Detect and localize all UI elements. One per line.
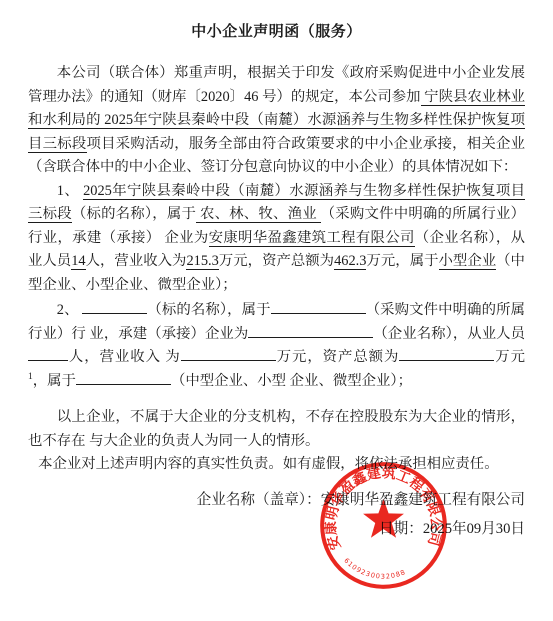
item2-size-blank <box>76 371 171 385</box>
signature-date: 2025年09月30日 <box>423 521 525 537</box>
item1-assets-value: 462.3 <box>334 253 366 270</box>
company-seal-label: 企业名称（盖章）： <box>197 492 321 508</box>
seal-registration-number: 6109230032088 <box>342 557 407 581</box>
item2-number: 2、 <box>57 302 82 318</box>
item1-company-name: 安康明华盈鑫建筑工程有限公司 <box>209 230 415 247</box>
item1-employees-value: 14 <box>71 253 85 270</box>
item2-revenue-blank <box>181 347 276 361</box>
intro-paragraph: 本公司（联合体）郑重声明，根据关于印发《政府采购促进中小企业发展管理办法》的通知… <box>28 62 525 180</box>
item2-label-belongs: ，属于 <box>33 373 76 389</box>
date-label: 日期： <box>379 521 423 537</box>
item1-paragraph: 1、 2025年宁陕县秦岭中段（南麓）水源涵养与生物多样性保护恢复项目三标段（标… <box>28 180 525 298</box>
signature-company-name: 安康明华盈鑫建筑工程有限公司 <box>321 492 525 508</box>
date-line: 日期：2025年09月30日 <box>28 515 525 544</box>
responsibility-paragraph: 本企业对上述声明内容的真实性负责。如有虚假，将依法承担相应责任。 <box>28 453 525 477</box>
signature-block: 企业名称（盖章）：安康明华盈鑫建筑工程有限公司 日期：2025年09月30日 <box>28 486 525 544</box>
item2-paragraph: 2、 （标的名称），属于（采购文件中明确的所属行业）行 业，承建（承接）企业为（… <box>28 299 525 393</box>
item1-industry: 农、林、牧、渔业 <box>196 206 321 223</box>
item2-label-employees: 人，营业收入 为 <box>68 349 181 365</box>
item2-label-size: （中型企业、小型 企业、微型企业）； <box>171 373 412 389</box>
item2-industry-blank <box>271 300 366 314</box>
item1-label-assets: 万元，属于 <box>366 253 438 269</box>
item1-label-revenue: 万元，资产总额为 <box>219 253 334 269</box>
item2-company-blank <box>248 324 373 338</box>
item1-label-employees: 人，营业收入为 <box>86 253 187 269</box>
item1-label-subject: （标的名称），属于 <box>72 206 196 222</box>
declaration-document-page: 中小企业声明函（服务） 本公司（联合体）郑重声明，根据关于印发《政府采购促进中小… <box>0 0 553 621</box>
no-large-enterprise-paragraph: 以上企业，不属于大企业的分支机构，不存在控股股东为大企业的情形，也不存在 与大企… <box>28 406 525 453</box>
item1-revenue-value: 215.3 <box>186 253 218 270</box>
company-signature-line: 企业名称（盖章）：安康明华盈鑫建筑工程有限公司 <box>28 486 525 515</box>
item2-label-company: （企业名称），从业人员 <box>373 326 525 342</box>
item2-subject-blank <box>82 300 147 314</box>
item2-label-subject: （标的名称），属于 <box>147 302 270 318</box>
document-title: 中小企业声明函（服务） <box>28 22 525 42</box>
particle-de: 的 <box>86 112 101 129</box>
svg-text:6109230032088: 6109230032088 <box>342 557 407 581</box>
item1-enterprise-size: 小型企业 <box>439 253 497 270</box>
item2-label-wanyuan: 万元 <box>494 349 525 365</box>
item2-label-revenue: 万元，资产总额为 <box>276 349 400 365</box>
item2-employees-blank <box>28 347 68 361</box>
item1-number: 1、 <box>57 183 83 199</box>
intro-tail-text: 项目采购活动，服务全部由符合政策要求的中小企业承接，相关企业（含联合体中的中小企… <box>28 136 525 176</box>
item2-assets-blank <box>399 347 494 361</box>
